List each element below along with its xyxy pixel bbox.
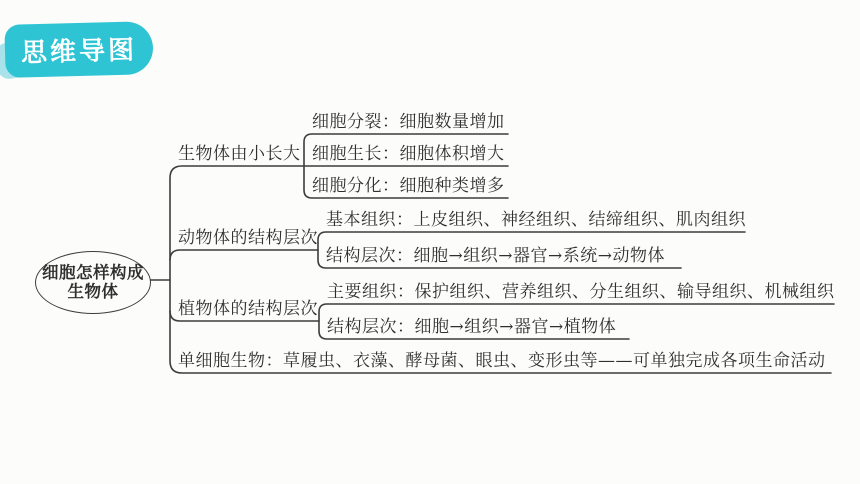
mindmap-badge: 思维导图 <box>4 21 153 78</box>
root-node-text-line1: 细胞怎样构成 <box>42 264 144 283</box>
branch-growth-child-differentiation: 细胞分化：细胞种类增多 <box>312 176 505 196</box>
branch-animal-structure-label: 动物体的结构层次 <box>178 228 318 248</box>
mindmap-canvas: 思维导图 细胞怎样构成 生物体 生物体由小长大 细胞分裂：细胞数量增加 细胞生长… <box>0 0 860 484</box>
branch-plant-structure-levels: 结构层次：细胞→组织→器官→植物体 <box>327 317 616 337</box>
branch-plant-main-tissues: 主要组织：保护组织、营养组织、分生组织、输导组织、机械组织 <box>327 282 835 302</box>
connector-branch2-stem <box>170 250 318 260</box>
branch-animal-basic-tissues: 基本组织：上皮组织、神经组织、结缔组织、肌肉组织 <box>326 210 746 230</box>
badge-label: 思维导图 <box>21 29 138 69</box>
branch-animal-structure-levels: 结构层次：细胞→组织→器官→系统→动物体 <box>326 246 665 266</box>
branch-plant-structure-label: 植物体的结构层次 <box>178 299 318 319</box>
branch-unicellular-label: 单细胞生物：草履虫、衣藻、酵母菌、眼虫、变形虫等——可单独完成各项生命活动 <box>178 351 826 371</box>
root-node-ellipse: 细胞怎样构成 生物体 <box>35 251 151 314</box>
branch-growth-child-division: 细胞分裂：细胞数量增加 <box>312 112 505 132</box>
root-node-text-line2: 生物体 <box>68 283 119 302</box>
branch-growth-label: 生物体由小长大 <box>178 144 301 164</box>
connector-main-fan <box>170 166 831 373</box>
branch-growth-child-growth: 细胞生长：细胞体积增大 <box>312 144 505 164</box>
